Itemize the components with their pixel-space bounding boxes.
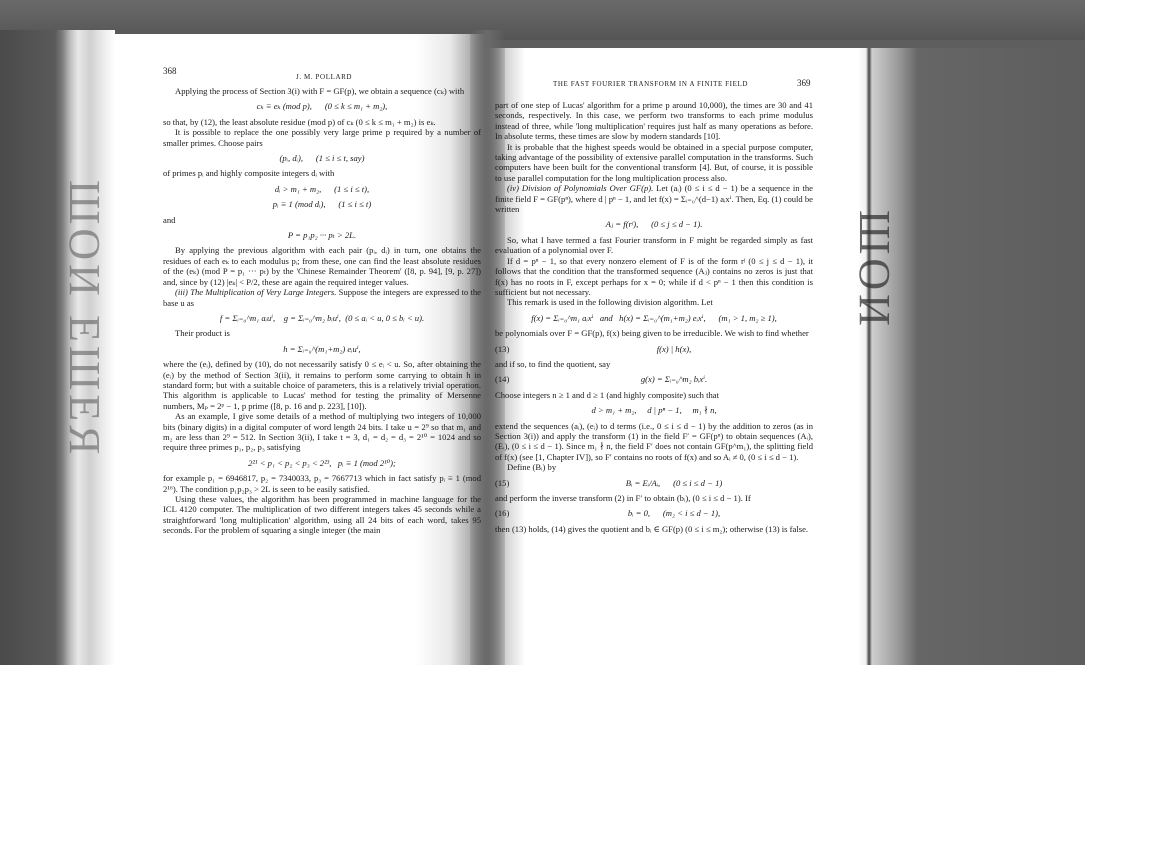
text-run: It is probable that the highest speeds w… [495, 142, 813, 183]
numbered-equation: (16)bᵢ = 0, (m₂ < i ≤ d − 1), [495, 508, 813, 518]
section-heading: (iii) The Multiplication of Very Large I… [175, 287, 336, 297]
equation-body: Bᵢ = Eᵢ/Aᵢ, (0 ≤ i ≤ d − 1) [535, 478, 813, 488]
equation-number: (15) [495, 478, 535, 488]
paragraph: be polynomials over F = GF(p), f(x) bein… [495, 328, 813, 338]
paragraph: (iv) Division of Polynomials Over GF(p).… [495, 183, 813, 214]
paragraph: of primes pᵢ and highly composite intege… [163, 168, 481, 178]
equation-number: (14) [495, 374, 535, 384]
display-equation: (pᵢ, dᵢ), (1 ≤ i ≤ t, say) [163, 153, 481, 163]
paragraph: Choose integers n ≥ 1 and d ≥ 1 (and hig… [495, 390, 813, 400]
right-page-number: 369 [797, 78, 811, 88]
text-run: then (13) holds, (14) gives the quotient… [495, 524, 808, 534]
text-run: It is possible to replace the one possib… [163, 127, 481, 147]
right-running-head: THE FAST FOURIER TRANSFORM IN A FINITE F… [553, 80, 748, 88]
paragraph: (iii) The Multiplication of Very Large I… [163, 287, 481, 308]
text-run: If d = pⁿ − 1, so that every nonzero ele… [495, 256, 813, 297]
left-spine-text: ШОИ ЕШЕЯ [80, 180, 110, 510]
paragraph: part of one step of Lucas' algorithm for… [495, 100, 813, 142]
text-run: f(x) = Σᵢ₌₀^m₁ aᵢxⁱ and h(x) = Σᵢ₌₀^(m₁+… [531, 313, 777, 323]
text-run: (pᵢ, dᵢ), (1 ≤ i ≤ t, say) [280, 153, 365, 163]
text-run: d > m₁ + m₂, d | pⁿ − 1, m₁ ∤ n, [591, 405, 716, 415]
numbered-equation: (15)Bᵢ = Eᵢ/Aᵢ, (0 ≤ i ≤ d − 1) [495, 478, 813, 488]
text-run: P = p₁p₂ ··· pₜ > 2L. [288, 230, 356, 240]
display-equation: f = Σᵢ₌₀^m₁ aᵢuⁱ, g = Σᵢ₌₀^m₂ bᵢuⁱ, (0 ≤… [163, 313, 481, 323]
display-equation: cₖ ≡ eₖ (mod p), (0 ≤ k ≤ m₁ + m₂), [163, 101, 481, 111]
paragraph: It is possible to replace the one possib… [163, 127, 481, 148]
text-run: 2²¹ < p₁ < p₂ < p₃ < 2²³, pᵢ ≡ 1 (mod 2¹… [248, 458, 396, 468]
display-equation: Aⱼ = f(rʲ), (0 ≤ j ≤ d − 1). [495, 219, 813, 229]
numbered-equation: (14)g(x) = Σᵢ₌₀^m₂ bᵢxⁱ. [495, 374, 813, 384]
text-run: As an example, I give some details of a … [163, 411, 481, 452]
text-run: dᵢ > m₁ + m₂, (1 ≤ i ≤ t), [275, 184, 369, 194]
paragraph: and [163, 215, 481, 225]
paragraph: It is probable that the highest speeds w… [495, 142, 813, 184]
equation-number: (13) [495, 344, 535, 354]
text-run: h = Σᵢ₌₀^(m₁+m₂) eᵢuⁱ, [283, 344, 360, 354]
left-page-body: Applying the process of Section 3(i) wit… [163, 86, 481, 536]
paragraph: As an example, I give some details of a … [163, 411, 481, 453]
paragraph: and perform the inverse transform (2) in… [495, 493, 813, 503]
text-run: This remark is used in the following div… [507, 297, 713, 307]
equation-body: bᵢ = 0, (m₂ < i ≤ d − 1), [535, 508, 813, 518]
paragraph: By applying the previous algorithm with … [163, 245, 481, 287]
text-run: Their product is [175, 328, 230, 338]
text-run: where the (eᵢ), defined by (10), do not … [163, 359, 481, 411]
text-run: of primes pᵢ and highly composite intege… [163, 168, 334, 178]
text-run: extend the sequences (aᵢ), (eᵢ) to d ter… [495, 421, 813, 462]
right-page-body: part of one step of Lucas' algorithm for… [495, 100, 813, 534]
text-run: Applying the process of Section 3(i) wit… [175, 86, 464, 96]
equation-body: g(x) = Σᵢ₌₀^m₂ bᵢxⁱ. [535, 374, 813, 384]
text-run: f = Σᵢ₌₀^m₁ aᵢuⁱ, g = Σᵢ₌₀^m₂ bᵢuⁱ, (0 ≤… [220, 313, 424, 323]
text-run: cₖ ≡ eₖ (mod p), (0 ≤ k ≤ m₁ + m₂), [257, 101, 388, 111]
display-equation: 2²¹ < p₁ < p₂ < p₃ < 2²³, pᵢ ≡ 1 (mod 2¹… [163, 458, 481, 468]
paragraph: Using these values, the algorithm has be… [163, 494, 481, 536]
display-equation: h = Σᵢ₌₀^(m₁+m₂) eᵢuⁱ, [163, 344, 481, 354]
paragraph: for example p₁ = 6946817, p₂ = 7340033, … [163, 473, 481, 494]
left-running-head: J. M. POLLARD [296, 73, 352, 81]
text-run: be polynomials over F = GF(p), f(x) bein… [495, 328, 809, 338]
paragraph: and if so, to find the quotient, say [495, 359, 813, 369]
display-equation: f(x) = Σᵢ₌₀^m₁ aᵢxⁱ and h(x) = Σᵢ₌₀^(m₁+… [495, 313, 813, 323]
paragraph: so that, by (12), the least absolute res… [163, 117, 481, 127]
display-equation: pᵢ ≡ 1 (mod dᵢ), (1 ≤ i ≤ t) [163, 199, 481, 209]
right-spine-text: ШОИ [860, 210, 900, 370]
paragraph: extend the sequences (aᵢ), (eᵢ) to d ter… [495, 421, 813, 463]
left-page-number: 368 [163, 66, 177, 76]
paragraph: where the (eᵢ), defined by (10), do not … [163, 359, 481, 411]
text-run: Choose integers n ≥ 1 and d ≥ 1 (and hig… [495, 390, 719, 400]
paragraph: Their product is [163, 328, 481, 338]
equation-body: f(x) | h(x), [535, 344, 813, 354]
text-run: and if so, to find the quotient, say [495, 359, 610, 369]
display-equation: P = p₁p₂ ··· pₜ > 2L. [163, 230, 481, 240]
numbered-equation: (13)f(x) | h(x), [495, 344, 813, 354]
section-heading: (iv) Division of Polynomials Over GF(p). [507, 183, 653, 193]
equation-number: (16) [495, 508, 535, 518]
paragraph: Define (Bᵢ) by [495, 462, 813, 472]
display-equation: d > m₁ + m₂, d | pⁿ − 1, m₁ ∤ n, [495, 405, 813, 415]
text-run: So, what I have termed a fast Fourier tr… [495, 235, 813, 255]
paragraph: This remark is used in the following div… [495, 297, 813, 307]
text-run: for example p₁ = 6946817, p₂ = 7340033, … [163, 473, 481, 493]
paragraph: If d = pⁿ − 1, so that every nonzero ele… [495, 256, 813, 298]
text-run: Define (Bᵢ) by [507, 462, 556, 472]
text-run: By applying the previous algorithm with … [163, 245, 481, 286]
paragraph: Applying the process of Section 3(i) wit… [163, 86, 481, 96]
text-run: and perform the inverse transform (2) in… [495, 493, 751, 503]
text-run: so that, by (12), the least absolute res… [163, 117, 436, 127]
text-run: and [163, 215, 175, 225]
text-run: part of one step of Lucas' algorithm for… [495, 100, 813, 141]
text-run: pᵢ ≡ 1 (mod dᵢ), (1 ≤ i ≤ t) [273, 199, 371, 209]
paragraph: So, what I have termed a fast Fourier tr… [495, 235, 813, 256]
display-equation: dᵢ > m₁ + m₂, (1 ≤ i ≤ t), [163, 184, 481, 194]
text-run: Using these values, the algorithm has be… [163, 494, 481, 535]
paragraph: then (13) holds, (14) gives the quotient… [495, 524, 813, 534]
text-run: Aⱼ = f(rʲ), (0 ≤ j ≤ d − 1). [606, 219, 703, 229]
